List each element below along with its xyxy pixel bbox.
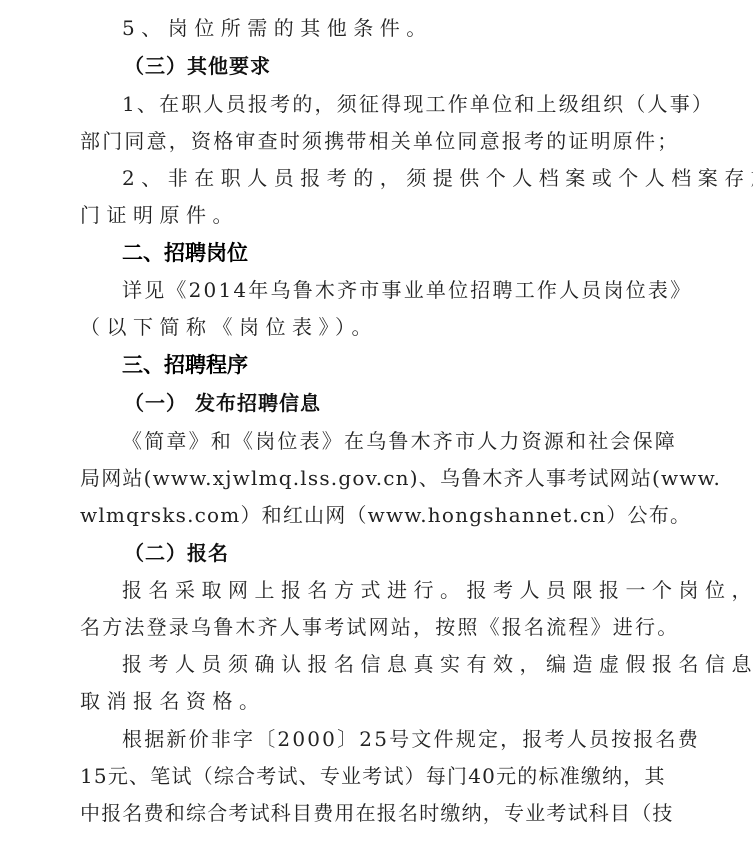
paragraph-line: （以下简称《岗位表》）。 [80,309,378,346]
paragraph-line: 15元、笔试（综合考试、专业考试）每门40元的标准缴纳，其 [80,758,666,795]
paragraph-line: 中报名费和综合考试科目费用在报名时缴纳，专业考试科目（技 [80,795,674,832]
section-heading: （二）报名 [124,535,229,572]
paragraph-line: 根据新价非字〔2000〕25号文件规定，报考人员按报名费 [122,721,700,758]
paragraph-line: 报名采取网上报名方式进行。报考人员限报一个岗位，报 [122,572,753,609]
section-heading: 二、招聘岗位 [122,235,248,272]
section-heading: （三）其他要求 [124,48,271,85]
paragraph-line: 报考人员须确认报名信息真实有效，编造虚假报名信息者 [122,646,753,683]
paragraph-line: 详见《2014年乌鲁木齐市事业单位招聘工作人员岗位表》 [122,272,692,309]
paragraph-line: 5、岗位所需的其他条件。 [122,10,433,47]
paragraph-line: 取消报名资格。 [80,683,266,720]
paragraph-line: 局网站(www.xjwlmq.lss.gov.cn)、乌鲁木齐人事考试网站(ww… [80,460,721,497]
paragraph-line: 门证明原件。 [80,197,239,234]
paragraph-line: 名方法登录乌鲁木齐人事考试网站，按照《报名流程》进行。 [80,609,679,646]
section-heading: （一） 发布招聘信息 [124,385,321,422]
section-heading: 三、招聘程序 [122,347,248,384]
paragraph-line: wlmqrsks.com）和红山网（www.hongshannet.cn）公布。 [80,497,691,534]
paragraph-line: 2、非在职人员报考的，须提供个人档案或个人档案存放部 [122,160,753,197]
paragraph-line: 《简章》和《岗位表》在乌鲁木齐市人力资源和社会保障 [122,423,677,460]
paragraph-line: 1、在职人员报考的，须征得现工作单位和上级组织（人事） [122,86,714,123]
paragraph-line: 部门同意，资格审查时须携带相关单位同意报考的证明原件； [80,123,679,160]
